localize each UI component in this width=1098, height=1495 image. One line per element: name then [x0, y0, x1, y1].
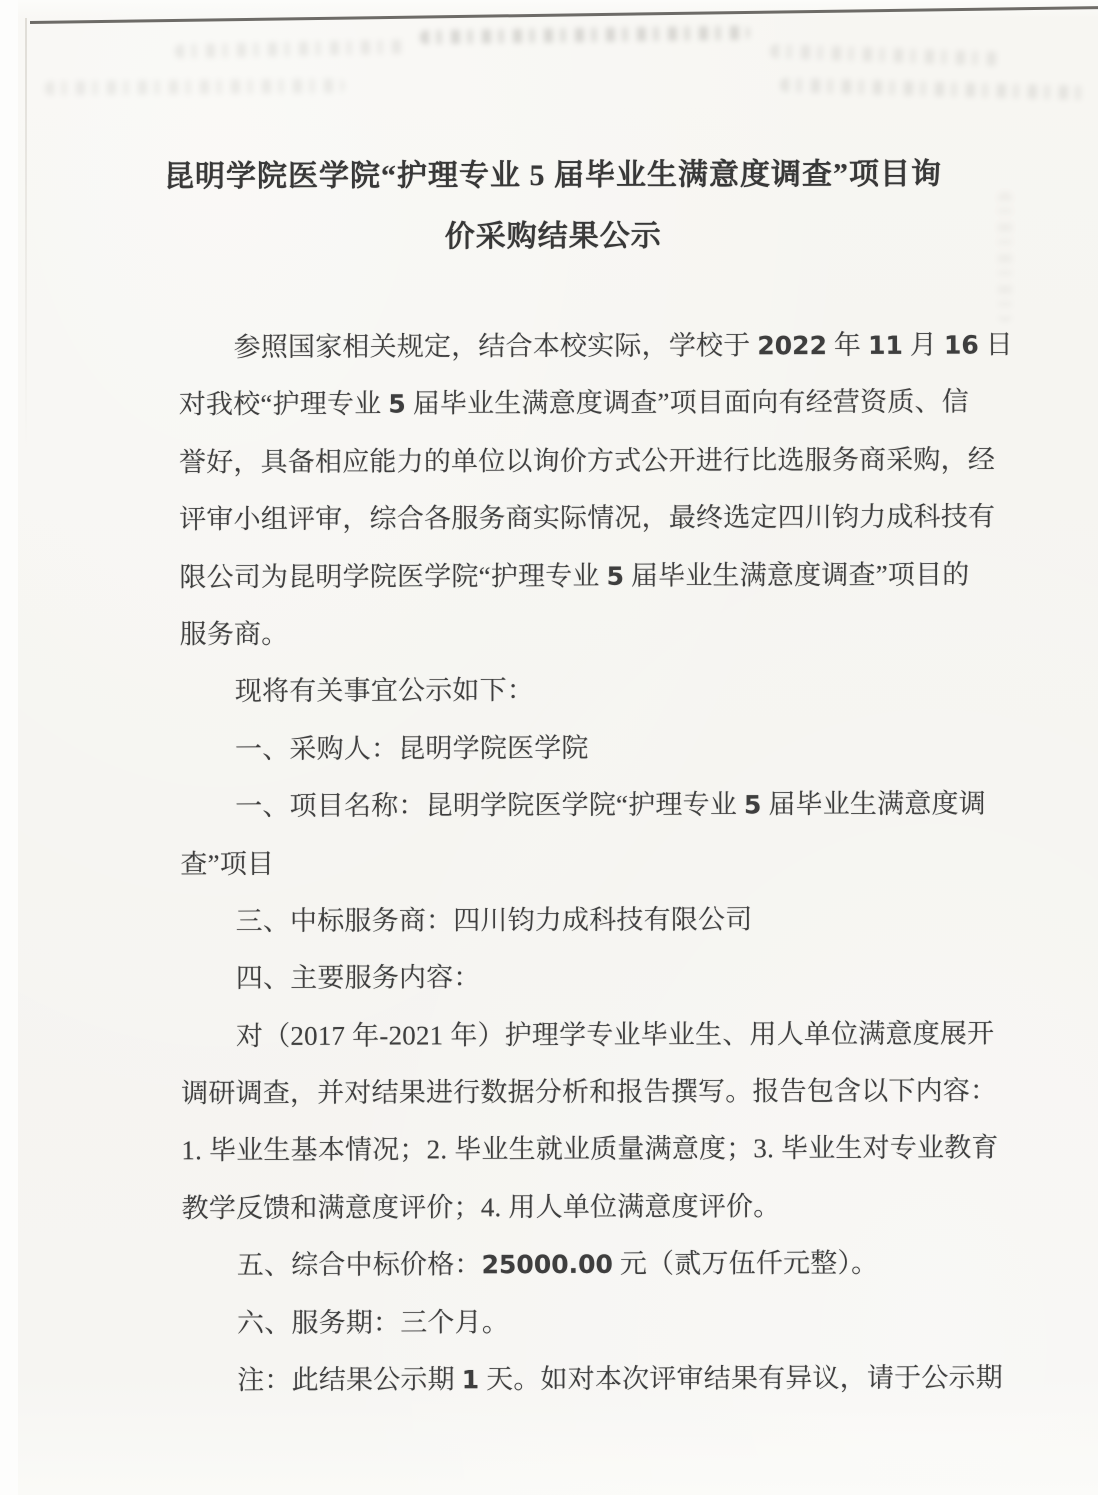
document-line-8: 一、采购人：昆明学院医学院 [180, 718, 966, 778]
document-content: 昆明学院医学院“护理专业 5 届毕业生满意度调查”项目询 价采购结果公示 参照国… [0, 0, 1098, 1495]
document-line-10: 查”项目 [180, 833, 966, 893]
document-line-5: 限公司为昆明学院医学院“护理专业 5 届毕业生满意度调查”项目的 [179, 546, 965, 606]
document-body: 参照国家相关规定，结合本校实际，学校于 2022 年 11 月 16 日对我校“… [179, 317, 969, 1410]
document-line-12: 四、主要服务内容： [181, 948, 967, 1008]
document-title: 昆明学院医学院“护理专业 5 届毕业生满意度调查”项目询 价采购结果公示 [148, 144, 958, 269]
document-line-18: 六、服务期：三个月。 [182, 1292, 968, 1352]
document-line-2: 对我校“护理专业 5 届毕业生满意度调查”项目面向有经营资质、信 [179, 374, 965, 434]
document-line-13: 对（2017 年-2021 年）护理学专业毕业生、用人单位满意度展开 [181, 1005, 967, 1065]
document-line-9: 一、项目名称：昆明学院医学院“护理专业 5 届毕业生满意度调 [180, 776, 966, 836]
document-line-4: 评审小组评审，综合各服务商实际情况，最终选定四川钧力成科技有 [179, 489, 965, 549]
document-title-line-2: 价采购结果公示 [148, 205, 958, 269]
document-line-7: 现将有关事宜公示如下： [180, 661, 966, 721]
document-line-15: 1. 毕业生基本情况；2. 毕业生就业质量满意度；3. 毕业生对专业教育 [181, 1120, 967, 1180]
document-line-11: 三、中标服务商：四川钧力成科技有限公司 [181, 890, 967, 950]
document-line-3: 誉好，具备相应能力的单位以询价方式公开进行比选服务商采购，经 [179, 431, 965, 491]
document-title-line-1: 昆明学院医学院“护理专业 5 届毕业生满意度调查”项目询 [148, 144, 958, 208]
scanned-document-page: 昆明学院医学院“护理专业 5 届毕业生满意度调查”项目询 价采购结果公示 参照国… [0, 0, 1098, 1495]
document-line-19: 注：此结果公示期 1 天。如对本次评审结果有异议，请于公示期 [182, 1350, 968, 1410]
document-line-6: 服务商。 [180, 603, 966, 663]
document-line-1: 参照国家相关规定，结合本校实际，学校于 2022 年 11 月 16 日 [179, 317, 965, 377]
document-line-14: 调研调查，并对结果进行数据分析和报告撰写。报告包含以下内容： [181, 1063, 967, 1123]
document-line-17: 五、综合中标价格：25000.00 元（贰万伍仟元整）。 [182, 1235, 968, 1295]
document-line-16: 教学反馈和满意度评价；4. 用人单位满意度评价。 [182, 1177, 968, 1237]
